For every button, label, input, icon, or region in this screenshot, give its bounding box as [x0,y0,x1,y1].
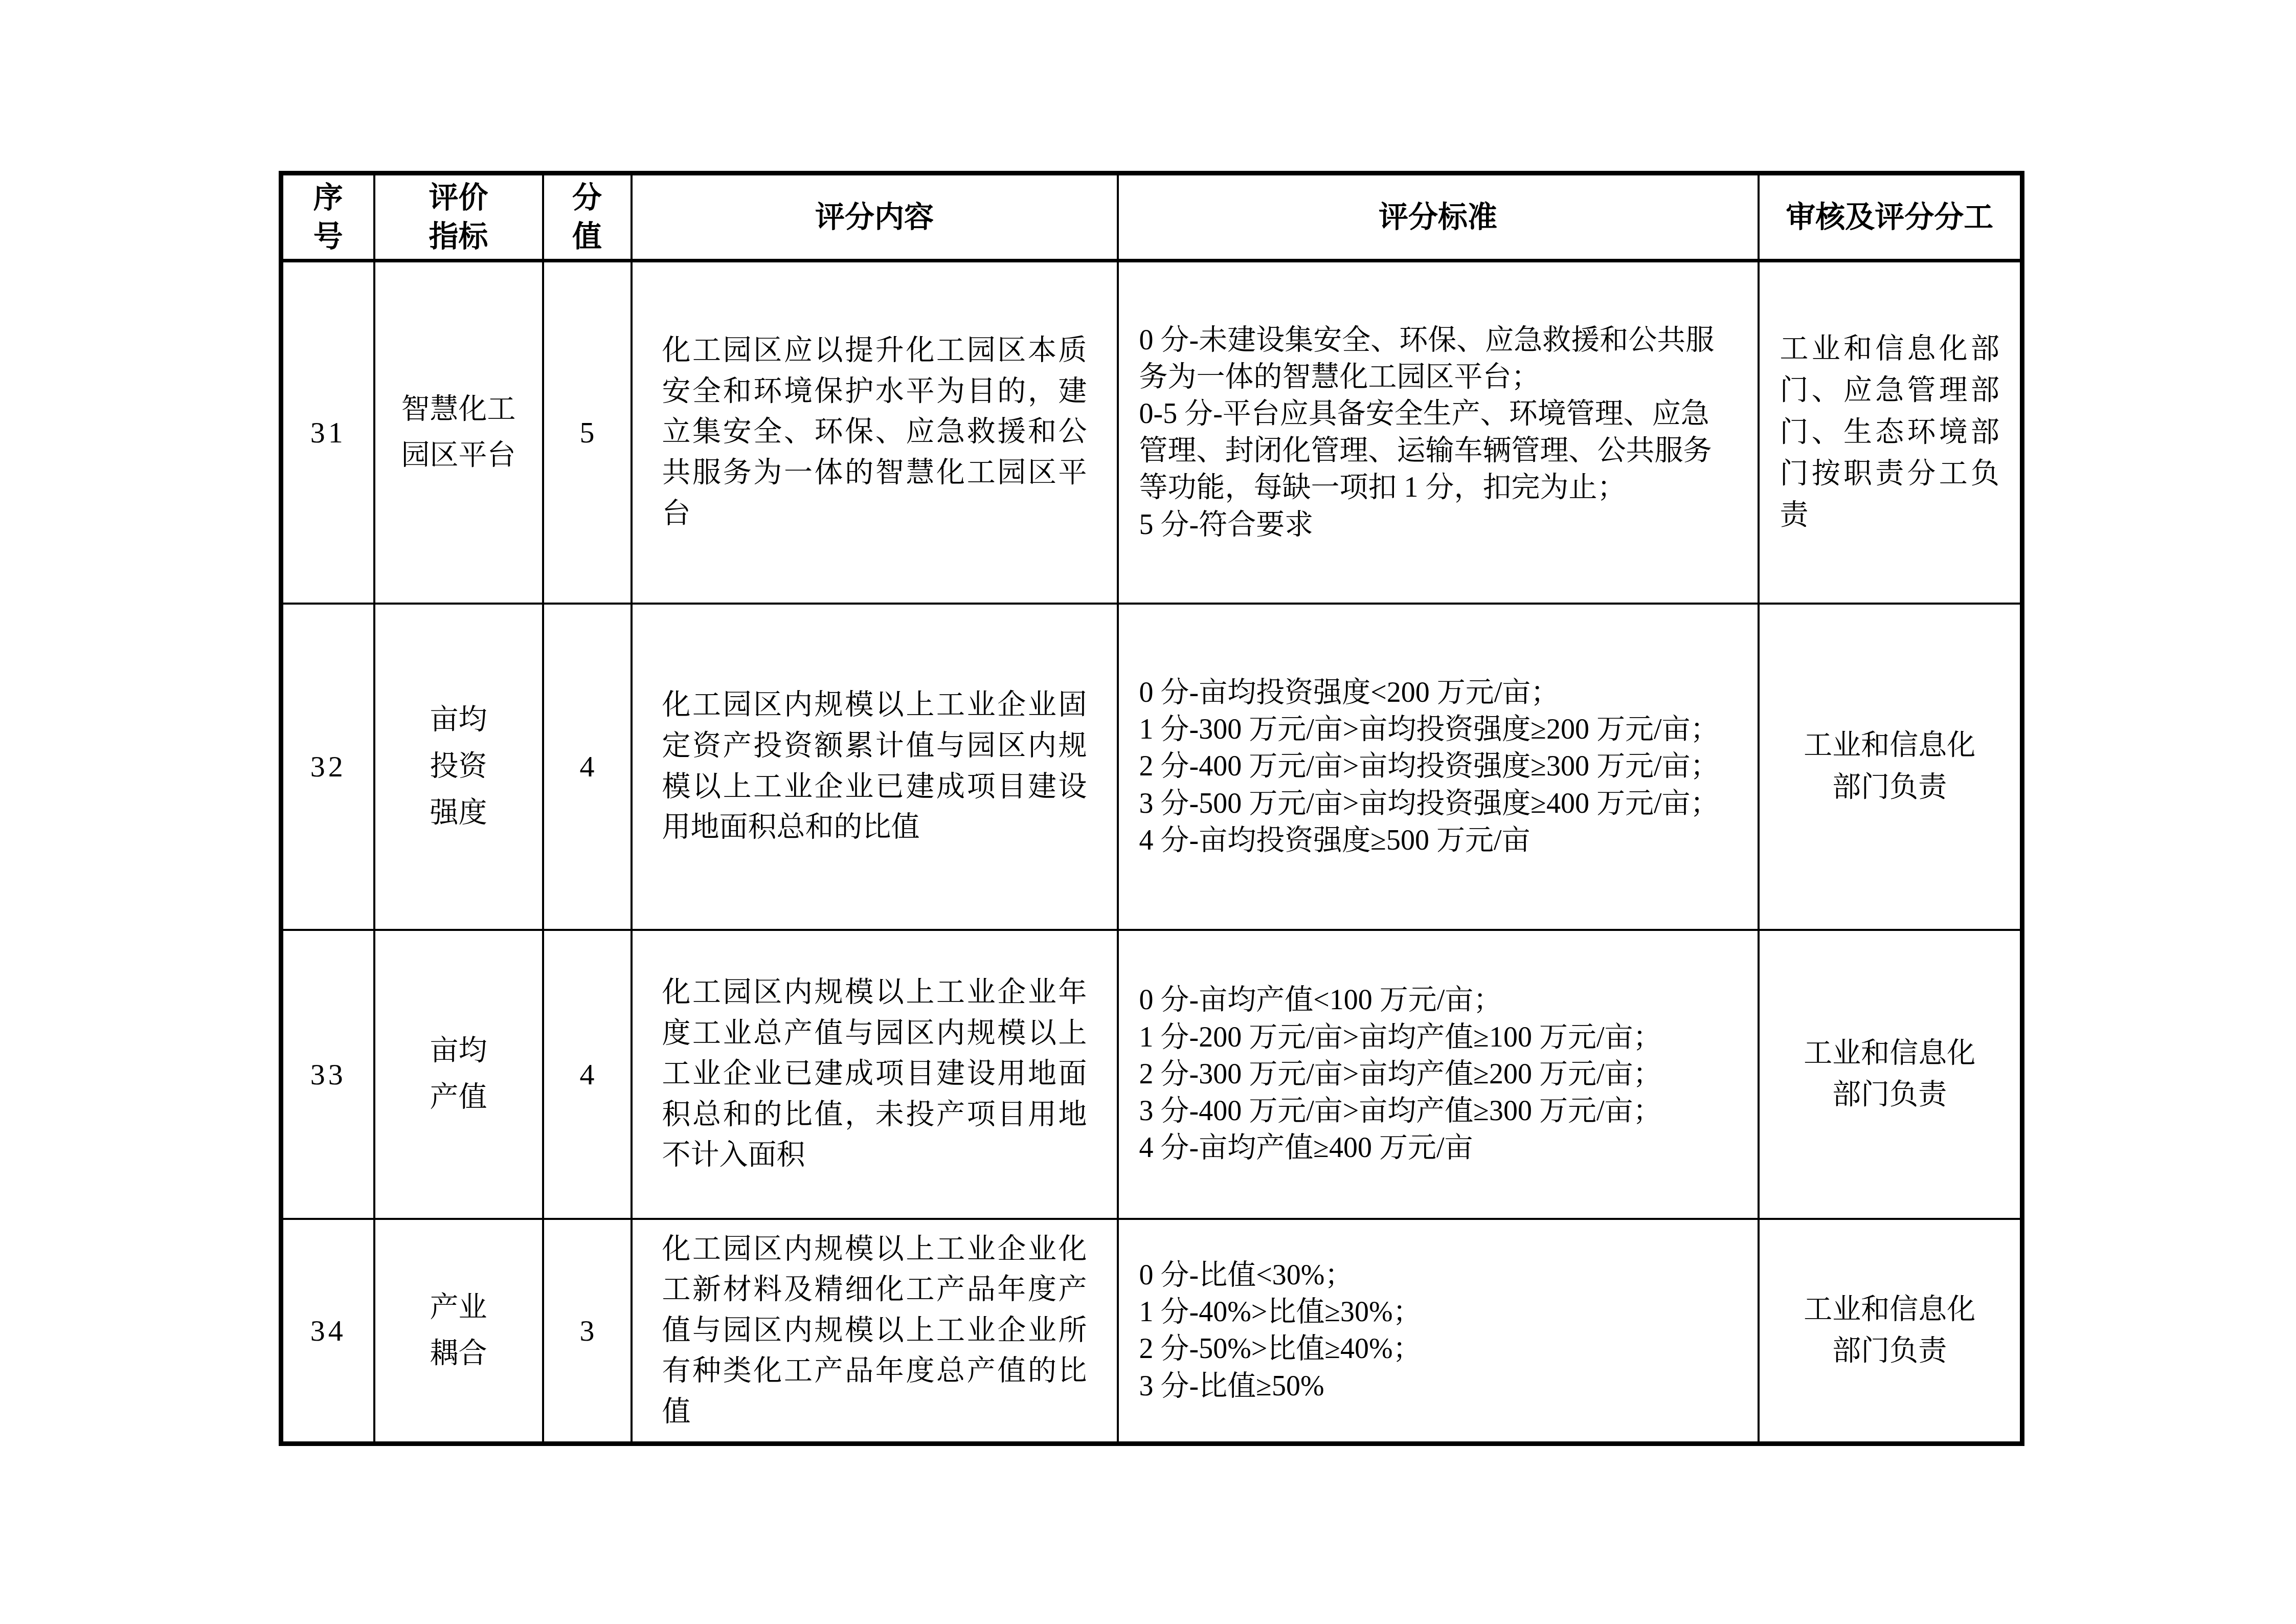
score-cell: 4 [543,604,632,930]
criteria-item: 2 分-400 万元/亩>亩均投资强度≥300 万元/亩； [1139,748,1737,785]
criteria-item: 2 分-50%>比值≥40%； [1139,1330,1737,1367]
content-cell: 化工园区内规模以上工业企业化工新材料及精细化工产品年度产值与园区内规模以上工业企… [632,1219,1118,1444]
division-cell: 工业和信息化 部门负责 [1759,1219,2022,1444]
criteria-item: 0 分-亩均产值<100 万元/亩； [1139,982,1737,1018]
header-no: 序 号 [281,173,374,261]
criteria-item: 5 分-符合要求 [1139,506,1737,543]
row-no: 32 [281,604,374,930]
criteria-item: 0 分-亩均投资强度<200 万元/亩； [1139,674,1737,711]
criteria-item: 1 分-200 万元/亩>亩均产值≥100 万元/亩； [1139,1019,1737,1056]
table-row-31: 31 智慧化工 园区平台 5 化工园区应以提升化工园区本质安全和环境保护水平为目… [281,261,2022,604]
division-cell: 工业和信息化部门、应急管理部门、生态环境部门按职责分工负责 [1759,261,2022,604]
scanned-document-page: { "colors": { "background": "#ffffff", "… [0,0,2296,1624]
indicator-cell: 智慧化工 园区平台 [374,261,543,604]
row-no: 31 [281,261,374,604]
criteria-item: 2 分-300 万元/亩>亩均产值≥200 万元/亩； [1139,1056,1737,1093]
score-cell: 5 [543,261,632,604]
content-cell: 化工园区内规模以上工业企业固定资产投资额累计值与园区内规模以上工业企业已建成项目… [632,604,1118,930]
header-score: 分 值 [543,173,632,261]
table-row-32: 32 亩均 投资 强度 4 化工园区内规模以上工业企业固定资产投资额累计值与园区… [281,604,2022,930]
criteria-cell: 0 分-亩均产值<100 万元/亩；1 分-200 万元/亩>亩均产值≥100 … [1118,930,1759,1219]
criteria-item: 1 分-300 万元/亩>亩均投资强度≥200 万元/亩； [1139,711,1737,748]
header-content: 评分内容 [632,173,1118,261]
division-cell: 工业和信息化 部门负责 [1759,930,2022,1219]
header-indicator: 评价 指标 [374,173,543,261]
criteria-item: 3 分-比值≥50% [1139,1368,1737,1405]
criteria-cell: 0 分-未建设集安全、环保、应急救援和公共服务为一体的智慧化工园区平台；0-5 … [1118,261,1759,604]
table-row-34: 34 产业 耦合 3 化工园区内规模以上工业企业化工新材料及精细化工产品年度产值… [281,1219,2022,1444]
division-cell: 工业和信息化 部门负责 [1759,604,2022,930]
score-cell: 4 [543,930,632,1219]
indicator-cell: 产业 耦合 [374,1219,543,1444]
criteria-item: 3 分-400 万元/亩>亩均产值≥300 万元/亩； [1139,1093,1737,1129]
evaluation-scoring-table: 序 号 评价 指标 分 值 评分内容 评分标准 审核及评分分工 31 智慧化工 … [279,171,2024,1446]
criteria-item: 3 分-500 万元/亩>亩均投资强度≥400 万元/亩； [1139,785,1737,822]
score-cell: 3 [543,1219,632,1444]
criteria-item: 4 分-亩均投资强度≥500 万元/亩 [1139,822,1737,859]
criteria-item: 1 分-40%>比值≥30%； [1139,1294,1737,1330]
content-cell: 化工园区应以提升化工园区本质安全和环境保护水平为目的，建立集安全、环保、应急救援… [632,261,1118,604]
row-no: 34 [281,1219,374,1444]
table-row-33: 33 亩均 产值 4 化工园区内规模以上工业企业年度工业总产值与园区内规模以上工… [281,930,2022,1219]
criteria-item: 0 分-比值<30%； [1139,1257,1737,1294]
header-criteria: 评分标准 [1118,173,1759,261]
indicator-cell: 亩均 产值 [374,930,543,1219]
criteria-item: 4 分-亩均产值≥400 万元/亩 [1139,1129,1737,1166]
table-header-row: 序 号 评价 指标 分 值 评分内容 评分标准 审核及评分分工 [281,173,2022,261]
header-division: 审核及评分分工 [1759,173,2022,261]
criteria-item: 0 分-未建设集安全、环保、应急救援和公共服务为一体的智慧化工园区平台； [1139,322,1737,395]
row-no: 33 [281,930,374,1219]
criteria-cell: 0 分-亩均投资强度<200 万元/亩；1 分-300 万元/亩>亩均投资强度≥… [1118,604,1759,930]
criteria-item: 0-5 分-平台应具备安全生产、环境管理、应急管理、封闭化管理、运输车辆管理、公… [1139,395,1737,506]
indicator-cell: 亩均 投资 强度 [374,604,543,930]
content-cell: 化工园区内规模以上工业企业年度工业总产值与园区内规模以上工业企业已建成项目建设用… [632,930,1118,1219]
criteria-cell: 0 分-比值<30%；1 分-40%>比值≥30%；2 分-50%>比值≥40%… [1118,1219,1759,1444]
